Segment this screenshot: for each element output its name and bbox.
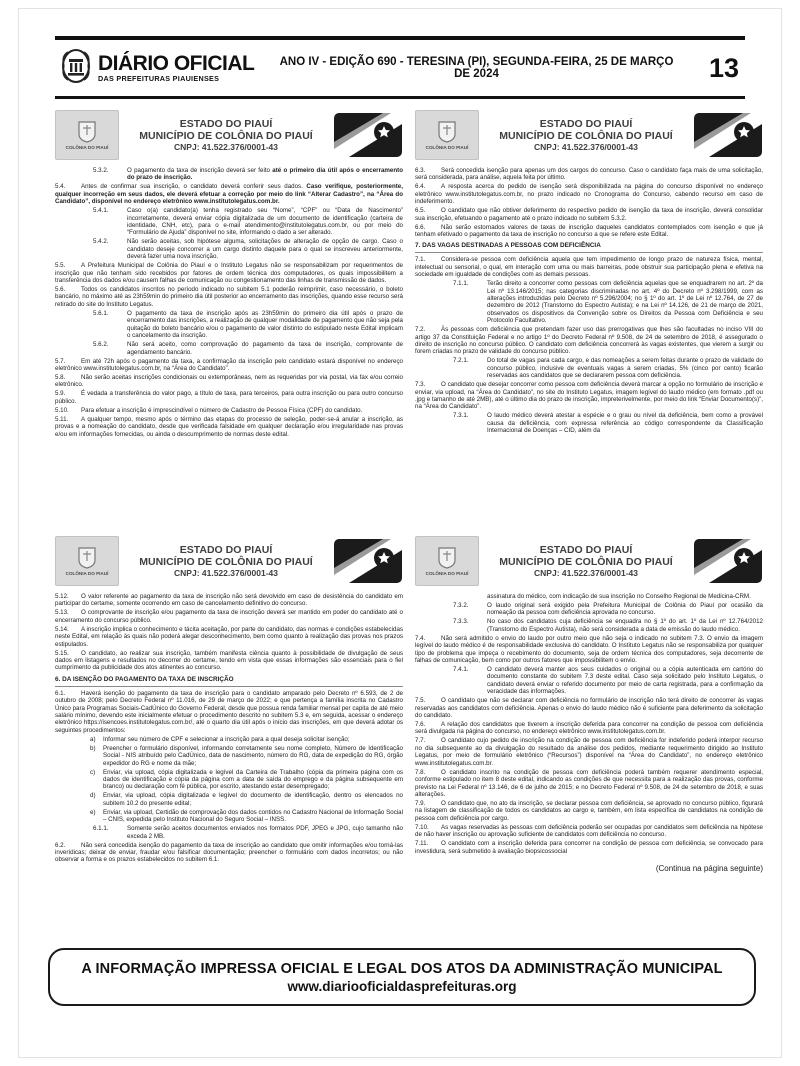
clause-paragraph: c)Enviar, via upload, cópia digitalizada… xyxy=(55,769,403,791)
municipal-crest-icon: COLÔNIA DO PIAUÍ xyxy=(55,110,119,160)
clause-text: O laudo original será exigido pela Prefe… xyxy=(487,602,763,616)
clause-number: 5.6.2. xyxy=(93,341,127,348)
edition-line: ANO IV - EDIÇÃO 690 - TERESINA (PI), SEG… xyxy=(274,56,679,80)
clause-paragraph: 5.12.O valor referente ao pagamento da t… xyxy=(55,593,403,608)
municipal-crest-icon: COLÔNIA DO PIAUÍ xyxy=(55,536,119,586)
clause-text: O candidato com a inscrição deferida par… xyxy=(415,840,763,854)
section-heading-text: 7. DAS VAGAS DESTINADAS A PESSOAS COM DE… xyxy=(415,242,601,249)
clause-paragraph: 5.13.O comprovante de inscrição e/ou pag… xyxy=(55,609,403,624)
clause-paragraph: 5.10.Para efetuar a inscrição é impresci… xyxy=(55,407,403,414)
clause-number: 6.4. xyxy=(415,183,441,190)
clause-text: O laudo médico deverá atestar a espécie … xyxy=(487,412,763,434)
municipal-flag-icon xyxy=(333,112,403,158)
clause-number: b) xyxy=(90,745,103,752)
clause-text: A resposta acerca do pedido de isenção s… xyxy=(415,183,763,205)
clause-text: Não será admitido o envio do laudo por o… xyxy=(415,635,763,664)
clause-number: a) xyxy=(90,736,103,743)
clause-paragraph: 7.3.3.No caso dos candidatos cuja defici… xyxy=(415,618,763,633)
clause-text: Em até 72h após o pagamento da taxa, a c… xyxy=(55,358,403,372)
clause-paragraph: 5.3.2.O pagamento da taxa de inscrição d… xyxy=(55,167,403,182)
clause-paragraph: 7.2.1.Do total de vagas para cada cargo,… xyxy=(415,357,763,379)
header-text: ESTADO DO PIAUÍ MUNICÍPIO DE COLÔNIA DO … xyxy=(485,544,687,579)
municipal-flag-icon xyxy=(693,538,763,584)
clause-number: 5.9. xyxy=(55,390,81,397)
clause-text: Haverá isenção do pagamento da taxa de i… xyxy=(55,690,403,734)
footer-banner: A INFORMAÇÃO IMPRESSA OFICIAL E LEGAL DO… xyxy=(48,948,756,1006)
clause-paragraph: d)Enviar, via upload, cópia digitalizada… xyxy=(55,792,403,807)
clause-paragraph: 7.2.Às pessoas com deficiência que prete… xyxy=(415,326,763,356)
section-heading-text: 6. DA ISENÇÃO DO PAGAMENTO DA TAXA DE IN… xyxy=(55,676,234,683)
clause-paragraph: 5.14.A inscrição implica o conhecimento … xyxy=(55,626,403,648)
clause-number: 5.4.2. xyxy=(93,238,127,245)
section-heading: 7. DAS VAGAS DESTINADAS A PESSOAS COM DE… xyxy=(415,242,763,253)
clause-number: 5.5. xyxy=(55,262,81,269)
clause-text: O candidato que desejar concorrer como p… xyxy=(415,381,763,410)
clause-number: 6.2. xyxy=(55,842,81,849)
clause-paragraph: 5.4.Antes de confirmar sua inscrição, o … xyxy=(55,183,403,205)
clause-paragraph: 5.7.Em até 72h após o pagamento da taxa,… xyxy=(55,358,403,373)
clause-paragraph: 6.1.Haverá isenção do pagamento da taxa … xyxy=(55,690,403,734)
gazette-seal-icon xyxy=(59,47,93,90)
clause-text: A relação dos candidatos que tiverem a i… xyxy=(415,721,763,735)
clause-text: Enviar, via upload, Certidão de comprova… xyxy=(103,809,403,823)
clause-number: 5.8. xyxy=(55,374,81,381)
state-line: ESTADO DO PIAUÍ xyxy=(125,118,327,130)
edict-text-column: 6.3.Será concedida isenção para apenas u… xyxy=(415,167,763,435)
cnpj-line: CNPJ: 41.522.376/0001-43 xyxy=(125,142,327,152)
clause-paragraph: 7.10.As vagas reservadas às pessoas com … xyxy=(415,824,763,839)
crest-caption: COLÔNIA DO PIAUÍ xyxy=(66,145,109,150)
clause-paragraph: 6.1.1.Somente serão aceitos documentos e… xyxy=(55,825,403,840)
municipality-header: COLÔNIA DO PIAUÍ ESTADO DO PIAUÍ MUNICÍP… xyxy=(55,110,403,160)
municipality-header: COLÔNIA DO PIAUÍ ESTADO DO PIAUÍ MUNICÍP… xyxy=(415,536,763,586)
clause-paragraph: 5.4.2.Não serão aceitas, sob hipótese al… xyxy=(55,238,403,260)
clause-paragraph: 7.6.A relação dos candidatos que tiverem… xyxy=(415,721,763,736)
quadrant-bottom-left: COLÔNIA DO PIAUÍ ESTADO DO PIAUÍ MUNICÍP… xyxy=(55,536,403,865)
clause-number: 5.11. xyxy=(55,416,81,423)
clause-number: 7.3. xyxy=(415,381,441,388)
clause-text: O candidato, ao realizar sua inscrição, … xyxy=(55,650,403,672)
clause-text: O pagamento da taxa de inscrição deverá … xyxy=(127,167,270,174)
clause-number: 7.3.1. xyxy=(453,412,487,419)
clause-text: A Prefeitura Municipal de Colônia do Pia… xyxy=(55,262,403,284)
clause-text: O pagamento da taxa de inscrição após as… xyxy=(127,310,403,339)
clause-text: É vedada a transferência do valor pago, … xyxy=(55,390,403,404)
quadrant-top-left: COLÔNIA DO PIAUÍ ESTADO DO PIAUÍ MUNICÍP… xyxy=(55,110,403,440)
edict-text-column: 5.12.O valor referente ao pagamento da t… xyxy=(55,593,403,864)
footer-banner-url: www.diariooficialdasprefeituras.org xyxy=(287,979,516,994)
clause-text: O candidato que não se declarar com defi… xyxy=(415,697,763,719)
clause-paragraph: 6.4.A resposta acerca do pedido de isenç… xyxy=(415,183,763,205)
clause-text: O candidato que não obtiver deferimento … xyxy=(415,207,763,221)
quadrant-top-right: COLÔNIA DO PIAUÍ ESTADO DO PIAUÍ MUNICÍP… xyxy=(415,110,763,436)
municipal-flag-icon xyxy=(693,112,763,158)
clause-number: 5.7. xyxy=(55,358,81,365)
header-text: ESTADO DO PIAUÍ MUNICÍPIO DE COLÔNIA DO … xyxy=(125,544,327,579)
state-line: ESTADO DO PIAUÍ xyxy=(485,118,687,130)
clause-number: 7.1.1. xyxy=(453,280,487,287)
municipal-crest-icon: COLÔNIA DO PIAUÍ xyxy=(415,110,479,160)
clause-number: 5.3.2. xyxy=(93,167,127,174)
clause-paragraph: 7.8.O candidato inscrito na condição de … xyxy=(415,769,763,799)
clause-number: 5.12. xyxy=(55,593,81,600)
clause-text: O valor referente ao pagamento da taxa d… xyxy=(55,593,403,607)
clause-text: Preencher o formulário disponível, infor… xyxy=(103,745,403,767)
header-text: ESTADO DO PIAUÍ MUNICÍPIO DE COLÔNIA DO … xyxy=(485,118,687,153)
clause-number: 7.6. xyxy=(415,721,441,728)
clause-text: Não serão estornados valores de taxas de… xyxy=(415,224,763,238)
clause-paragraph: assinatura do médico, com indicação de s… xyxy=(415,593,763,600)
clause-paragraph: e)Enviar, via upload, Certidão de compro… xyxy=(55,809,403,824)
clause-number: 7.2. xyxy=(415,326,441,333)
cnpj-line: CNPJ: 41.522.376/0001-43 xyxy=(125,568,327,578)
clause-number: 5.13. xyxy=(55,609,81,616)
clause-number: d) xyxy=(90,792,103,799)
clause-text: Antes de confirmar sua inscrição, o cand… xyxy=(81,183,303,190)
clause-paragraph: 5.11.A qualquer tempo, mesmo após o térm… xyxy=(55,416,403,438)
municipal-flag-icon xyxy=(333,538,403,584)
clause-paragraph: 7.3.O candidato que desejar concorrer co… xyxy=(415,381,763,411)
clause-paragraph: 5.6.Todos os candidatos inscritos no per… xyxy=(55,286,403,308)
edict-text-column: assinatura do médico, com indicação de s… xyxy=(415,593,763,872)
clause-number: c) xyxy=(90,769,103,776)
gazette-logotype: DIÁRIO OFICIAL DAS PREFEITURAS PIAUIENSE… xyxy=(98,53,254,82)
clause-number: 7.1. xyxy=(415,256,441,263)
municipality-line: MUNICÍPIO DE COLÔNIA DO PIAUÍ xyxy=(485,556,687,568)
clause-number: 6.1. xyxy=(55,690,81,697)
clause-number: 7.2.1. xyxy=(453,357,487,364)
clause-text: Considera-se pessoa com deficiência aque… xyxy=(415,256,763,278)
clause-text: Será concedida isenção para apenas um do… xyxy=(415,167,763,181)
clause-text: Não será aceito, como comprovação do pag… xyxy=(127,341,403,355)
gazette-title: DIÁRIO OFICIAL xyxy=(98,53,254,74)
clause-paragraph: 5.6.1.O pagamento da taxa de inscrição a… xyxy=(55,310,403,340)
clause-text: Para efetuar a inscrição é imprescindíve… xyxy=(81,407,362,414)
clause-paragraph: b)Preencher o formulário disponível, inf… xyxy=(55,745,403,767)
quadrant-bottom-right: COLÔNIA DO PIAUÍ ESTADO DO PIAUÍ MUNICÍP… xyxy=(415,536,763,874)
clause-number: 5.14. xyxy=(55,626,81,633)
clause-text: assinatura do médico, com indicação de s… xyxy=(487,593,751,600)
clause-text: Não será concedida isenção do pagamento … xyxy=(55,842,403,864)
clause-number: 6.5. xyxy=(415,207,441,214)
clause-number: 5.4.1. xyxy=(93,207,127,214)
clause-text: O candidato deverá manter aos seus cuida… xyxy=(487,666,763,695)
clause-text: Não serão aceitas, sob hipótese alguma, … xyxy=(127,238,403,260)
clause-number: 7.4. xyxy=(415,635,441,642)
clause-paragraph: 5.5.A Prefeitura Municipal de Colônia do… xyxy=(55,262,403,284)
clause-number: 7.3.2. xyxy=(453,602,487,609)
gazette-logo: DIÁRIO OFICIAL DAS PREFEITURAS PIAUIENSE… xyxy=(55,47,274,90)
clause-text: Enviar, via upload, cópia digitalizada e… xyxy=(103,769,403,791)
page-number: 13 xyxy=(679,53,745,84)
clause-number: 5.6.1. xyxy=(93,310,127,317)
clause-number: 7.11. xyxy=(415,840,441,847)
clause-paragraph: 6.5.O candidato que não obtiver deferime… xyxy=(415,207,763,222)
crest-caption: COLÔNIA DO PIAUÍ xyxy=(66,571,109,576)
clause-text: A inscrição implica o conhecimento e tác… xyxy=(55,626,403,648)
clause-text: As vagas reservadas às pessoas com defic… xyxy=(415,824,763,838)
municipality-header: COLÔNIA DO PIAUÍ ESTADO DO PIAUÍ MUNICÍP… xyxy=(55,536,403,586)
clause-number: 5.4. xyxy=(55,183,81,190)
clause-number: 7.10. xyxy=(415,824,441,831)
municipal-crest-icon: COLÔNIA DO PIAUÍ xyxy=(415,536,479,586)
clause-paragraph: 6.3.Será concedida isenção para apenas u… xyxy=(415,167,763,182)
gazette-subtitle: DAS PREFEITURAS PIAUIENSES xyxy=(98,75,254,82)
cnpj-line: CNPJ: 41.522.376/0001-43 xyxy=(485,142,687,152)
clause-paragraph: 7.3.1.O laudo médico deverá atestar a es… xyxy=(415,412,763,434)
clause-paragraph: 7.11.O candidato com a inscrição deferid… xyxy=(415,840,763,855)
clause-text: Somente serão aceitos documentos enviado… xyxy=(127,825,403,839)
clause-paragraph: 7.3.2.O laudo original será exigido pela… xyxy=(415,602,763,617)
clause-text: Todos os candidatos inscritos no período… xyxy=(55,286,403,308)
clause-number: 5.6. xyxy=(55,286,81,293)
clause-text: A qualquer tempo, mesmo após o término d… xyxy=(55,416,403,438)
clause-paragraph: a)Informar seu número de CPF e seleciona… xyxy=(55,736,403,743)
clause-number: 7.7. xyxy=(415,737,441,744)
header-text: ESTADO DO PIAUÍ MUNICÍPIO DE COLÔNIA DO … xyxy=(125,118,327,153)
edict-text-column: 5.3.2.O pagamento da taxa de inscrição d… xyxy=(55,167,403,438)
clause-text: O candidato que, no ato da inscrição, se… xyxy=(415,800,763,822)
clause-paragraph: 7.9.O candidato que, no ato da inscrição… xyxy=(415,800,763,822)
clause-text: O candidato cujo pedido de inscrição na … xyxy=(415,737,763,766)
municipality-line: MUNICÍPIO DE COLÔNIA DO PIAUÍ xyxy=(485,130,687,142)
clause-number: 7.9. xyxy=(415,800,441,807)
clause-paragraph: 7.5.O candidato que não se declarar com … xyxy=(415,697,763,719)
masthead: DIÁRIO OFICIAL DAS PREFEITURAS PIAUIENSE… xyxy=(55,36,745,99)
clause-paragraph: 7.4.1.O candidato deverá manter aos seus… xyxy=(415,666,763,696)
clause-number: 5.10. xyxy=(55,407,81,414)
clause-paragraph: 7.1.1.Terão direito a concorrer como pes… xyxy=(415,280,763,324)
clause-number: 5.15. xyxy=(55,650,81,657)
continuation-note: (Continua na página seguinte) xyxy=(415,865,763,872)
clause-text: O candidato inscrito na condição de pess… xyxy=(415,769,763,798)
clause-paragraph: 7.1.Considera-se pessoa com deficiência … xyxy=(415,256,763,278)
clause-paragraph: 5.9.É vedada a transferência do valor pa… xyxy=(55,390,403,405)
clause-text: Enviar, via upload, cópia digitalizada e… xyxy=(103,792,403,806)
continuation-note-text: (Continua na página seguinte) xyxy=(656,864,763,873)
state-line: ESTADO DO PIAUÍ xyxy=(125,544,327,556)
clause-number: 6.6. xyxy=(415,224,441,231)
clause-number: 7.8. xyxy=(415,769,441,776)
clause-paragraph: 7.7.O candidato cujo pedido de inscrição… xyxy=(415,737,763,767)
clause-paragraph: 5.6.2.Não será aceito, como comprovação … xyxy=(55,341,403,356)
municipality-header: COLÔNIA DO PIAUÍ ESTADO DO PIAUÍ MUNICÍP… xyxy=(415,110,763,160)
crest-caption: COLÔNIA DO PIAUÍ xyxy=(426,571,469,576)
clause-text: No caso dos candidatos cuja deficiência … xyxy=(487,618,763,632)
municipality-line: MUNICÍPIO DE COLÔNIA DO PIAUÍ xyxy=(125,556,327,568)
clause-number: 7.5. xyxy=(415,697,441,704)
clause-paragraph: 5.4.1.Caso o(a) candidato(a) tenha regis… xyxy=(55,207,403,237)
clause-text: Do total de vagas para cada cargo, e das… xyxy=(487,357,763,379)
municipality-line: MUNICÍPIO DE COLÔNIA DO PIAUÍ xyxy=(125,130,327,142)
clause-number: e) xyxy=(90,809,103,816)
clause-text: Às pessoas com deficiência que pretendam… xyxy=(415,326,763,355)
clause-text: Caso o(a) candidato(a) tenha registrado … xyxy=(127,207,403,236)
clause-number: 6.1.1. xyxy=(93,825,127,832)
clause-paragraph: 7.4.Não será admitido o envio do laudo p… xyxy=(415,635,763,665)
state-line: ESTADO DO PIAUÍ xyxy=(485,544,687,556)
clause-number: 6.3. xyxy=(415,167,441,174)
clause-number: 7.4.1. xyxy=(453,666,487,673)
footer-banner-text: A INFORMAÇÃO IMPRESSA OFICIAL E LEGAL DO… xyxy=(81,961,722,977)
crest-caption: COLÔNIA DO PIAUÍ xyxy=(426,145,469,150)
clause-number: 7.3.3. xyxy=(453,618,487,625)
cnpj-line: CNPJ: 41.522.376/0001-43 xyxy=(485,568,687,578)
clause-paragraph: 5.15.O candidato, ao realizar sua inscri… xyxy=(55,650,403,672)
clause-text: O comprovante de inscrição e/ou pagament… xyxy=(55,609,403,623)
clause-text: Informar seu número de CPF e selecionar … xyxy=(103,736,350,743)
clause-paragraph: 6.6.Não serão estornados valores de taxa… xyxy=(415,224,763,239)
section-heading: 6. DA ISENÇÃO DO PAGAMENTO DA TAXA DE IN… xyxy=(55,676,403,687)
clause-paragraph: 6.2.Não será concedida isenção do pagame… xyxy=(55,842,403,864)
clause-paragraph: 5.8.Não serão aceitas inscrições condici… xyxy=(55,374,403,389)
clause-text: Não serão aceitas inscrições condicionai… xyxy=(55,374,403,388)
clause-text: Terão direito a concorrer como pessoas c… xyxy=(487,280,763,324)
